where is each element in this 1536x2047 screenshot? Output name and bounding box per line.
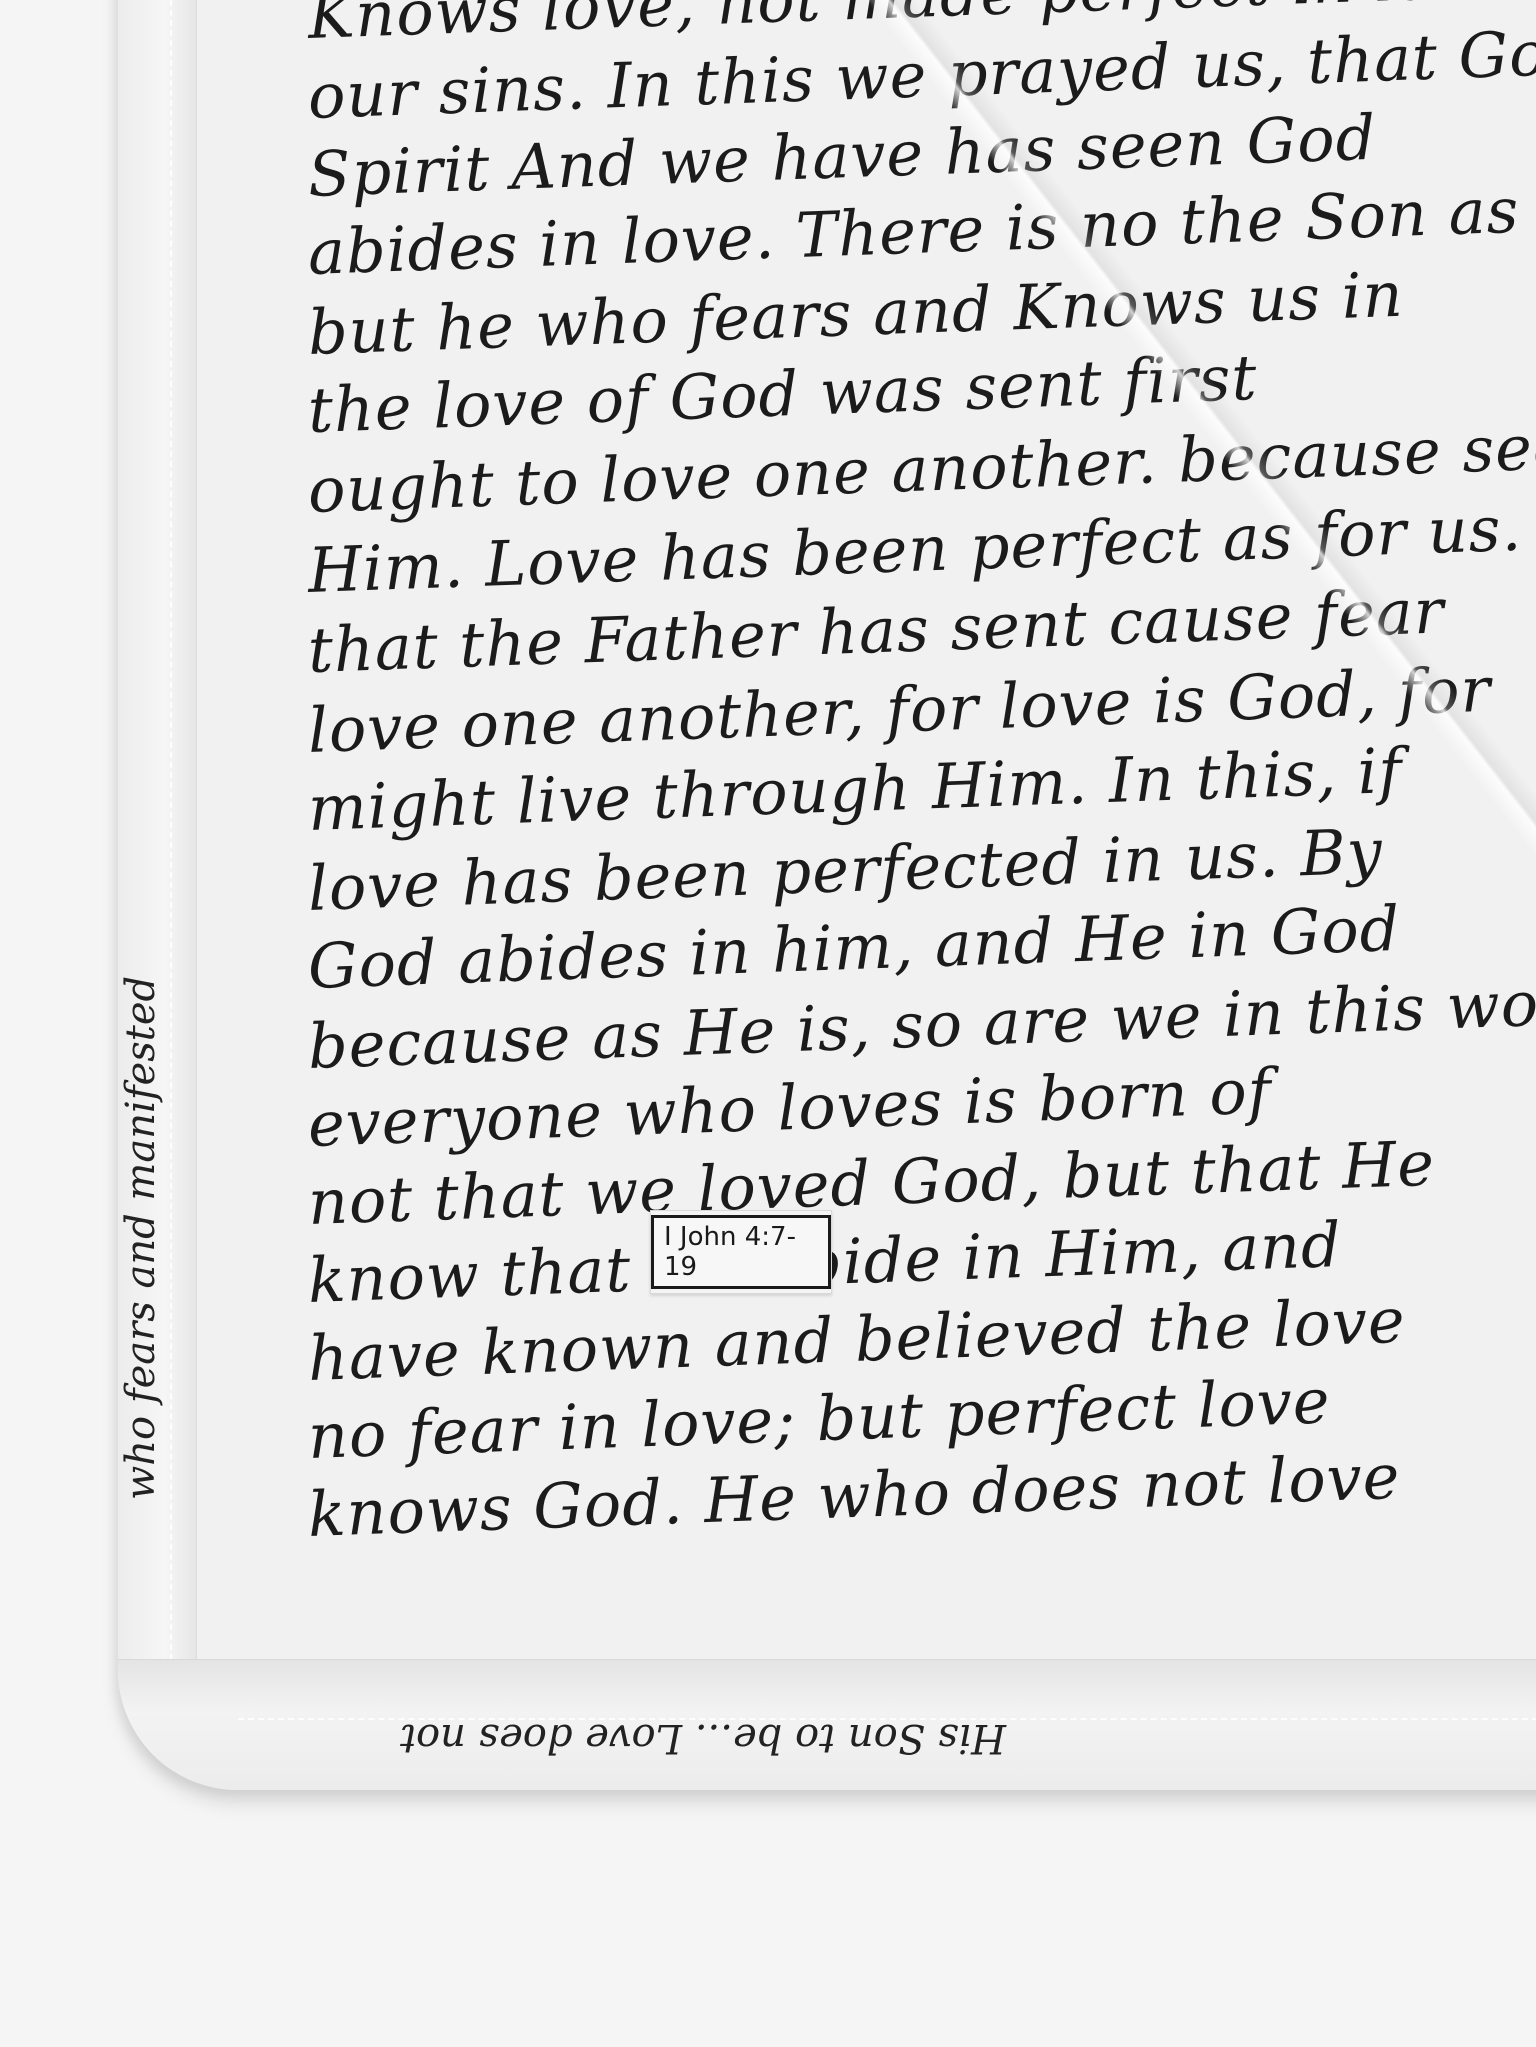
woven-label: I John 4:7-19 xyxy=(650,1210,832,1294)
edge-script-left: who fears and manifested xyxy=(118,976,164,1500)
label-text: I John 4:7-19 xyxy=(651,1215,831,1289)
edge-script-bottom: His Son to be... Love does not xyxy=(400,1715,1006,1761)
blanket: Knows love, not made perfect in love our… xyxy=(118,0,1536,1790)
left-hem xyxy=(118,0,197,1790)
left-stitching xyxy=(170,0,172,1670)
